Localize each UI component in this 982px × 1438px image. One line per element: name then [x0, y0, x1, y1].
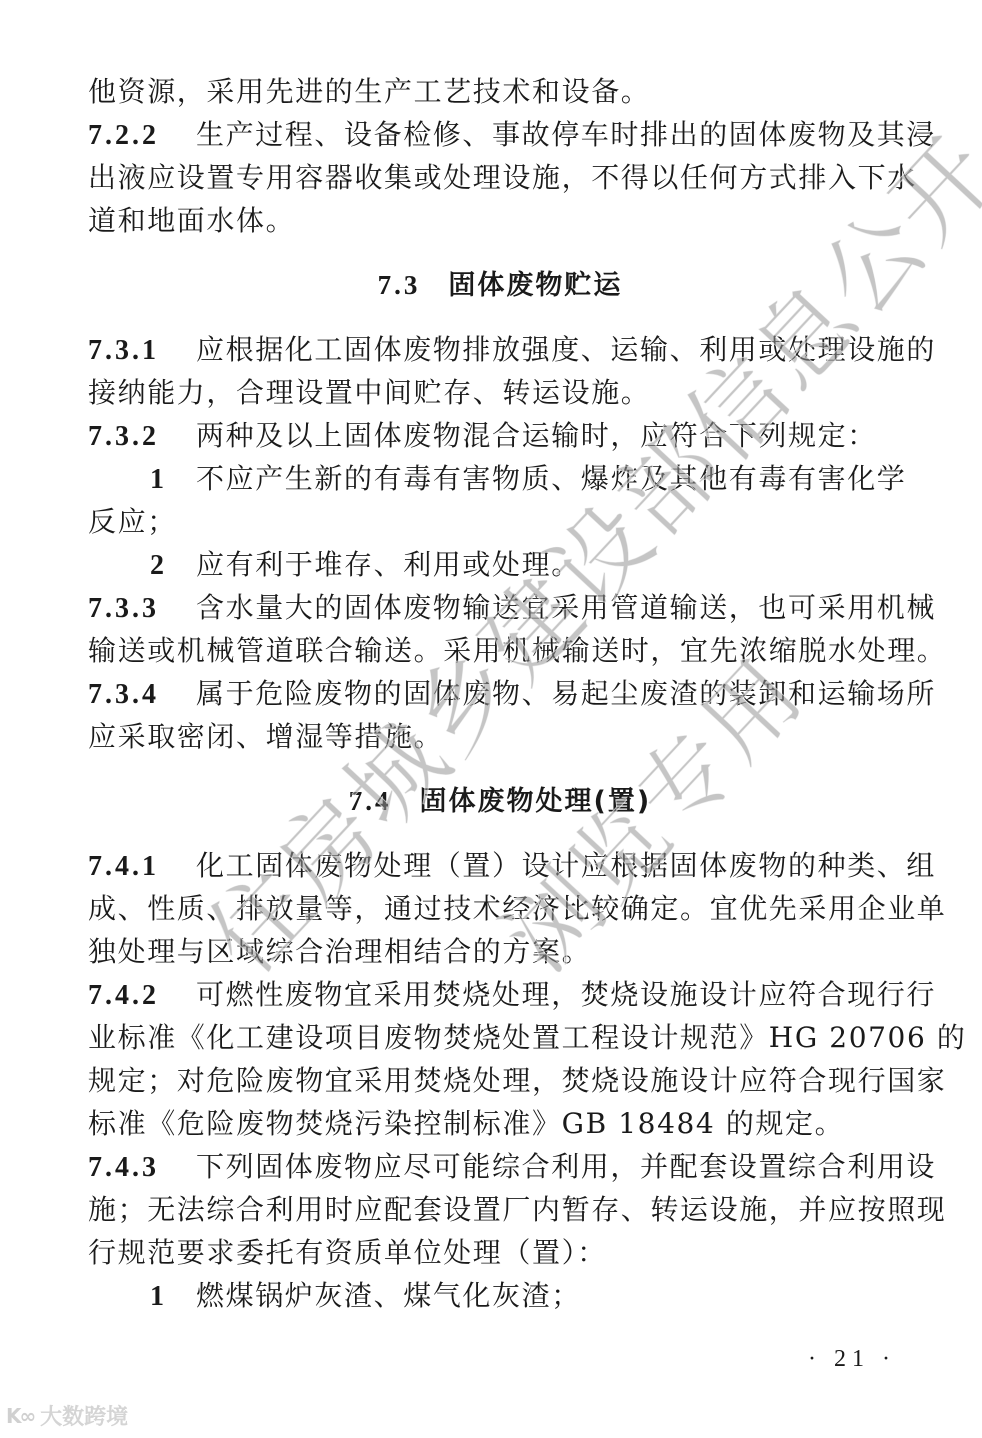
section-title-text: 固体废物贮运 — [448, 270, 622, 301]
text-line: 输送或机械管道联合输送。采用机械输送时，宜先浓缩脱水处理。 — [88, 629, 912, 672]
item-number: 2 — [88, 544, 196, 587]
document-page: 他资源，采用先进的生产工艺技术和设备。 7.2.2生产过程、设备检修、事故停车时… — [0, 0, 982, 1438]
clause-text: 属于危险废物的固体废物、易起尘废渣的装卸和运输场所 — [196, 677, 936, 710]
brand-logo: K∞ 大数跨境 — [6, 1400, 128, 1431]
text-line: 出液应设置专用容器收集或处理设施，不得以任何方式排入下水 — [88, 156, 912, 199]
section-title-text: 固体废物处理(置) — [420, 786, 652, 817]
brand-logo-icon: K∞ — [6, 1404, 34, 1428]
clause-number: 7.4.2 — [88, 974, 196, 1017]
section-heading-7-4: 7.4固体废物处理(置) — [88, 758, 912, 844]
clause-7-4-3: 7.4.3下列固体废物应尽可能综合利用，并配套设置综合利用设 — [88, 1145, 912, 1188]
page-content: 他资源，采用先进的生产工艺技术和设备。 7.2.2生产过程、设备检修、事故停车时… — [88, 70, 912, 1317]
item-text: 应有利于堆存、利用或处理。 — [196, 548, 581, 581]
text-line: 施；无法综合利用时应配套设置厂内暂存、转运设施，并应按照现 — [88, 1188, 912, 1231]
clause-7-2-2: 7.2.2生产过程、设备检修、事故停车时排出的固体废物及其浸 — [88, 113, 912, 156]
clause-text: 化工固体废物处理（置）设计应根据固体废物的种类、组 — [196, 849, 936, 882]
item-number: 1 — [88, 1275, 196, 1318]
item-text: 不应产生新的有毒有害物质、爆炸及其他有毒有害化学 — [196, 462, 906, 495]
item-text: 燃煤锅炉灰渣、煤气化灰渣； — [196, 1279, 581, 1312]
clause-number: 7.4.3 — [88, 1146, 196, 1189]
clause-text: 生产过程、设备检修、事故停车时排出的固体废物及其浸 — [196, 118, 936, 151]
text-line: 他资源，采用先进的生产工艺技术和设备。 — [88, 70, 912, 113]
text-line: 道和地面水体。 — [88, 199, 912, 242]
clause-text: 下列固体废物应尽可能综合利用，并配套设置综合利用设 — [196, 1150, 936, 1183]
clause-number: 7.3.2 — [88, 415, 196, 458]
clause-number: 7.3.1 — [88, 329, 196, 372]
clause-7-3-4: 7.3.4属于危险废物的固体废物、易起尘废渣的装卸和运输场所 — [88, 672, 912, 715]
section-number: 7.3 — [378, 270, 421, 300]
clause-number: 7.4.1 — [88, 845, 196, 888]
page-number: · 21 · — [808, 1346, 896, 1373]
clause-7-3-3: 7.3.3含水量大的固体废物输送宜采用管道输送，也可采用机械 — [88, 586, 912, 629]
brand-name: 大数跨境 — [40, 1400, 128, 1431]
text-line: 接纳能力，合理设置中间贮存、转运设施。 — [88, 371, 912, 414]
clause-7-4-1: 7.4.1化工固体废物处理（置）设计应根据固体废物的种类、组 — [88, 844, 912, 887]
text-line: 应采取密闭、增湿等措施。 — [88, 715, 912, 758]
clause-text: 可燃性废物宜采用焚烧处理，焚烧设施设计应符合现行行 — [196, 978, 936, 1011]
clause-7-3-2: 7.3.2两种及以上固体废物混合运输时，应符合下列规定： — [88, 414, 912, 457]
section-heading-7-3: 7.3固体废物贮运 — [88, 242, 912, 328]
clause-number: 7.3.4 — [88, 673, 196, 716]
clause-text: 含水量大的固体废物输送宜采用管道输送，也可采用机械 — [196, 591, 936, 624]
text-line: 行规范要求委托有资质单位处理（置）： — [88, 1231, 912, 1274]
list-item-2: 2应有利于堆存、利用或处理。 — [88, 543, 912, 586]
clause-7-4-2: 7.4.2可燃性废物宜采用焚烧处理，焚烧设施设计应符合现行行 — [88, 973, 912, 1016]
list-item-1: 1燃煤锅炉灰渣、煤气化灰渣； — [88, 1274, 912, 1317]
text-line: 成、性质、排放量等，通过技术经济比较确定。宜优先采用企业单 — [88, 887, 912, 930]
text-line: 标准《危险废物焚烧污染控制标准》GB 18484 的规定。 — [88, 1102, 912, 1145]
list-item-1: 1不应产生新的有毒有害物质、爆炸及其他有毒有害化学 — [88, 457, 912, 500]
text-line: 规定；对危险废物宜采用焚烧处理，焚烧设施设计应符合现行国家 — [88, 1059, 912, 1102]
clause-7-3-1: 7.3.1应根据化工固体废物排放强度、运输、利用或处理设施的 — [88, 328, 912, 371]
clause-number: 7.3.3 — [88, 587, 196, 630]
text-line: 独处理与区域综合治理相结合的方案。 — [88, 930, 912, 973]
text-line: 反应； — [88, 500, 912, 543]
text-line: 业标准《化工建设项目废物焚烧处置工程设计规范》HG 20706 的 — [88, 1016, 912, 1059]
section-number: 7.4 — [349, 786, 392, 816]
item-number: 1 — [88, 458, 196, 501]
clause-number: 7.2.2 — [88, 114, 196, 157]
clause-text: 应根据化工固体废物排放强度、运输、利用或处理设施的 — [196, 333, 936, 366]
clause-text: 两种及以上固体废物混合运输时，应符合下列规定： — [196, 419, 877, 452]
